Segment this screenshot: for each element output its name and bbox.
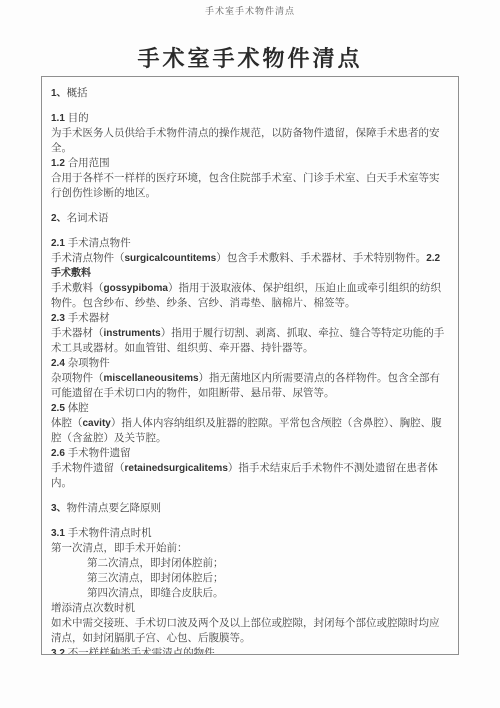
page-header: 手术室手术物件清点 [0,0,500,17]
doc-title: 手术室手术物件清点 [0,42,500,73]
text-segment: 杂项物件（ [51,373,104,384]
paragraph: 3.2 不一样样种类手术需清点的物件 [51,646,449,655]
paragraph: 手术清点物件（surgicalcountitems）包含手术敷料、手术器材、手术… [51,251,449,281]
paragraph: 第四次清点，即缝合皮肤后。 [51,586,449,601]
paragraph: 2.3 手术器材 [51,311,449,326]
text-segment: 2.4 [51,358,68,369]
paragraph: 如术中需交接班、手术切口波及两个及以上部位或腔隙，封闭每个部位或腔隙时均应清点，… [51,616,449,646]
text-segment: 3、 [51,503,67,514]
paragraph: 为手术医务人员供给手术物件清点的操作规范，以防备物件遗留，保障手术患者的安全。 [51,126,449,156]
text-segment: 名词术语 [67,213,109,224]
text-segment: 目的 [68,113,89,124]
text-segment: 1.1 [51,113,68,124]
text-segment: miscellaneousitems [104,373,199,384]
paragraph: 2.4 杂项物件 [51,356,449,371]
text-segment: 合用于各样不一样样的医疗环境，包含住院部手术室、门诊手术室、白天手术室等实行创伤… [51,173,440,199]
text-segment: 物件清点要乞降原则 [67,503,162,514]
text-segment: 杂项物件 [68,358,110,369]
text-segment: 不一样样种类手术需清点的物件 [68,648,215,655]
text-segment: 手术物件遗留（ [51,463,125,474]
text-segment: 为手术医务人员供给手术物件清点的操作规范，以防备物件遗留，保障手术患者的安全。 [51,128,440,154]
text-segment: 1.2 [51,158,68,169]
text-segment: 第一次清点，即手术开始前： [51,543,188,554]
paragraph: 合用于各样不一样样的医疗环境，包含住院部手术室、门诊手术室、白天手术室等实行创伤… [51,171,449,201]
paragraph: 1.1 目的 [51,111,449,126]
text-segment: 体腔（ [51,418,83,429]
text-segment: 第三次清点，即封闭体腔后； [87,573,224,584]
text-segment: 手术器材（ [51,328,104,339]
paragraph: 2.6 手术物件遗留 [51,446,449,461]
text-segment: 2.5 [51,403,68,414]
text-segment: surgicalcountitems [125,253,217,264]
text-segment: 体腔 [68,403,89,414]
text-segment: 2.1 [51,238,68,249]
text-segment: retainedsurgicalitems [125,463,228,474]
text-segment: 手术物件遗留 [68,448,131,459]
text-segment: 第四次清点，即缝合皮肤后。 [87,588,224,599]
text-segment: 第二次清点，即封闭体腔前； [87,558,224,569]
text-segment: 2、 [51,213,67,224]
document-box: 1、概括1.1 目的为手术医务人员供给手术物件清点的操作规范，以防备物件遗留，保… [41,76,459,655]
text-segment: 2.3 [51,313,68,324]
text-segment: 手术器材 [68,313,110,324]
paragraph: 2.5 体腔 [51,401,449,416]
paragraph: 手术敷料（gossypiboma）指用于汲取液体、保护组织，压迫止血或牵引组织的… [51,281,449,311]
paragraph: 1、概括 [51,86,449,101]
paragraph: 第二次清点，即封闭体腔前； [51,556,449,571]
text-segment: 2.6 [51,448,68,459]
paragraph: 3、物件清点要乞降原则 [51,501,449,516]
text-segment: 增添清点次数时机 [51,603,135,614]
paragraph: 增添清点次数时机 [51,601,449,616]
paragraph: 2、名词术语 [51,211,449,226]
text-segment: 1、 [51,88,67,99]
paragraph: 3.1 手术物件清点时机 [51,526,449,541]
text-segment: 如术中需交接班、手术切口波及两个及以上部位或腔隙，封闭每个部位或腔隙时均应清点，… [51,618,440,644]
paragraph: 杂项物件（miscellaneousitems）指无菌地区内所需要清点的各样物件… [51,371,449,401]
text-segment: 3.1 [51,528,68,539]
paragraph: 第一次清点，即手术开始前： [51,541,449,556]
paragraph: 第三次清点，即封闭体腔后； [51,571,449,586]
text-segment: cavity [83,418,111,429]
paragraph: 体腔（cavity）指人体内容纳组织及脏器的腔隙。平常包含颅腔（含鼻腔）、胸腔、… [51,416,449,446]
paragraph: 手术器材（instruments）指用于履行切割、剥离、抓取、牵拉、缝合等特定功… [51,326,449,356]
paragraph: 2.1 手术清点物件 [51,236,449,251]
document-page: 手术室手术物件清点 手术室手术物件清点 1、概括1.1 目的为手术医务人员供给手… [0,0,500,708]
text-segment: 概括 [67,88,88,99]
text-segment: 手术清点物件（ [51,253,125,264]
document-body: 1、概括1.1 目的为手术医务人员供给手术物件清点的操作规范，以防备物件遗留，保… [51,86,449,655]
text-segment: 3.2 [51,648,68,655]
text-segment: 手术敷料（ [51,283,104,294]
paragraph: 1.2 合用范围 [51,156,449,171]
text-segment: 手术清点物件 [68,238,131,249]
text-segment: 合用范围 [68,158,110,169]
text-segment: gossypiboma [104,283,168,294]
paragraph: 手术物件遗留（retainedsurgicalitems）指手术结束后手术物件不… [51,461,449,491]
text-segment: instruments [104,328,161,339]
text-segment: ）包含手术敷料、手术器材、手术特别物件。 [216,253,426,264]
text-segment: 手术物件清点时机 [68,528,152,539]
